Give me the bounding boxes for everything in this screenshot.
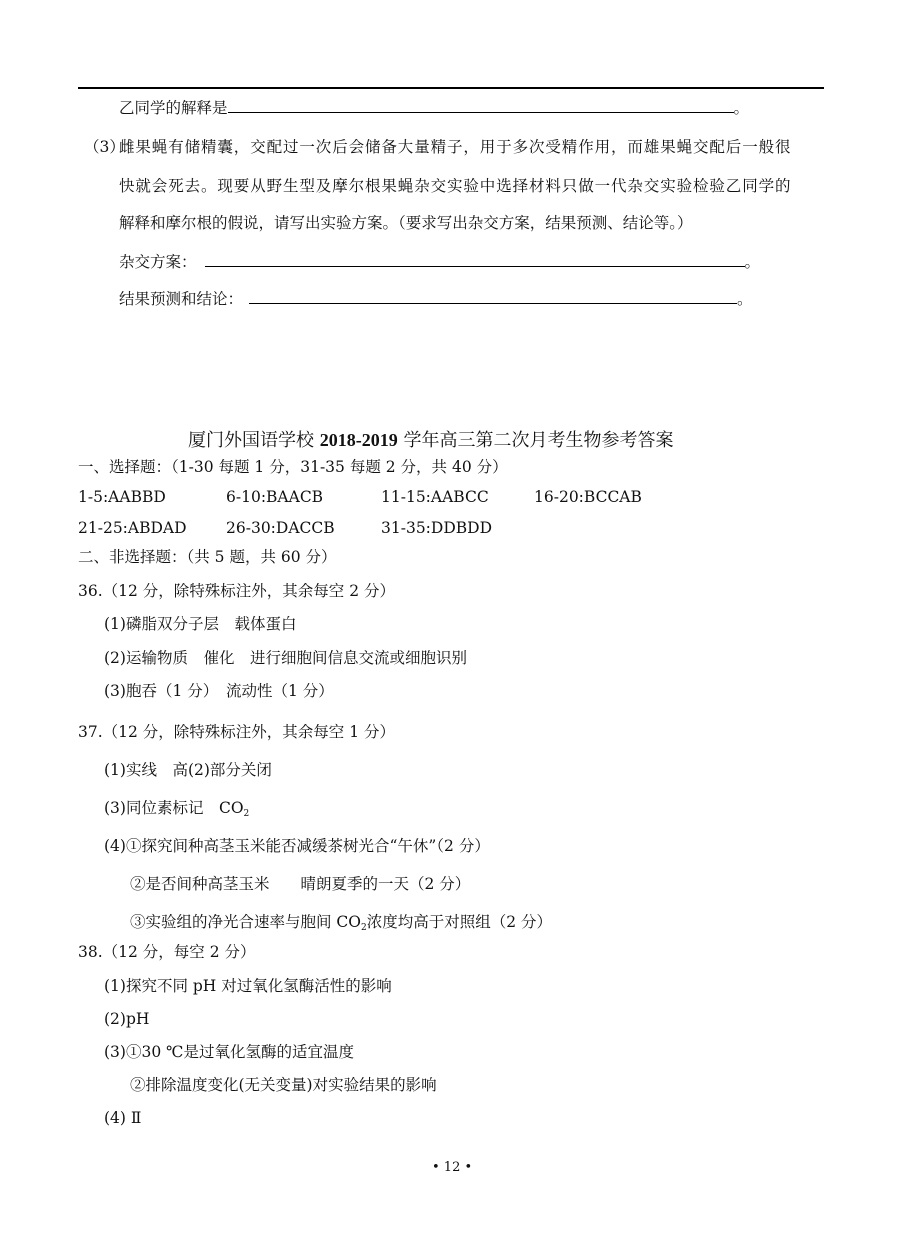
- q3-text-line3: 解释和摩尔根的假说，请写出实验方案。（要求写出杂交方案，结果预测、结论等。）: [119, 213, 693, 233]
- period: 。: [737, 290, 753, 308]
- period: 。: [734, 99, 750, 117]
- subscript: 2: [244, 809, 250, 819]
- q38-answer-3: (3)①30 ℃是过氧化氢酶的适宜温度: [104, 1042, 354, 1062]
- mc-answer-7: 31-35:DDBDD: [381, 518, 492, 538]
- q37-answer-2: (3)同位素标记 CO2: [104, 798, 249, 824]
- mc-answer-6: 26-30:DACCB: [226, 518, 335, 538]
- period: 。: [745, 253, 761, 271]
- mc-answer-3: 11-15:AABCC: [381, 487, 489, 507]
- q38-answer-1: (1)探究不同 pH 对过氧化氢酶活性的影响: [104, 976, 392, 996]
- mc-answer-4: 16-20:BCCAB: [534, 487, 642, 507]
- title-year: 2018-2019: [320, 430, 398, 450]
- q36-header: 36.（12 分，除特殊标注外，其余每空 2 分）: [78, 581, 395, 601]
- cross-plan-blank[interactable]: [205, 252, 745, 267]
- section1-heading: 一、选择题：（1-30 每题 1 分，31-35 每题 2 分，共 40 分）: [78, 457, 508, 477]
- cross-plan-line: 杂交方案：。: [119, 252, 760, 272]
- yi-explanation-blank[interactable]: [228, 98, 734, 113]
- mc-answer-5: 21-25:ABDAD: [78, 518, 187, 538]
- q37-answer-4: ②是否间种高茎玉米 晴朗夏季的一天（2 分）: [130, 874, 470, 894]
- q3-text-line1: 雌果蝇有储精囊，交配过一次后会储备大量精子，用于多次受精作用，而雄果蝇交配后一般…: [119, 137, 791, 157]
- cross-plan-label: 杂交方案：: [119, 253, 197, 271]
- q38-answer-2: (2)pH: [104, 1009, 149, 1029]
- result-line: 结果预测和结论：。: [119, 289, 753, 309]
- q36-answer-3: (3)胞吞（1 分） 流动性（1 分）: [104, 681, 334, 701]
- mc-answer-2: 6-10:BAACB: [226, 487, 323, 507]
- result-label: 结果预测和结论：: [119, 290, 243, 308]
- mc-answer-1: 1-5:AABBD: [78, 487, 166, 507]
- q37-answer-1: (1)实线 高(2)部分关闭: [104, 760, 272, 780]
- q37-answer-5-text: ③实验组的净光合速率与胞间 CO: [130, 913, 361, 931]
- answer-key-title: 厦门外国语学校 2018-2019 学年高三第二次月考生物参考答案: [188, 426, 673, 452]
- q37-answer-3: (4)①探究间种高茎玉米能否减缓茶树光合“午休”（2 分）: [104, 836, 490, 856]
- q38-answer-5: (4) Ⅱ: [104, 1108, 141, 1128]
- q36-answer-2: (2)运输物质 催化 进行细胞间信息交流或细胞识别: [104, 648, 467, 668]
- q37-answer-5-suffix: 浓度均高于对照组（2 分）: [367, 913, 552, 931]
- header-rule: [78, 87, 824, 89]
- page-number: • 12 •: [432, 1160, 472, 1175]
- q37-answer-2-text: (3)同位素标记 CO: [104, 799, 244, 817]
- q37-answer-5: ③实验组的净光合速率与胞间 CO2浓度均高于对照组（2 分）: [130, 912, 552, 938]
- q36-answer-1: (1)磷脂双分子层 载体蛋白: [104, 614, 296, 634]
- q38-header: 38.（12 分，每空 2 分）: [78, 942, 256, 962]
- title-prefix: 厦门外国语学校: [188, 430, 314, 451]
- yi-explanation-label: 乙同学的解释是: [119, 99, 228, 117]
- q38-answer-4: ②排除温度变化(无关变量)对实验结果的影响: [130, 1075, 437, 1095]
- result-blank[interactable]: [249, 289, 737, 304]
- q37-header: 37.（12 分，除特殊标注外，其余每空 1 分）: [78, 722, 395, 742]
- section2-heading: 二、非选择题：（共 5 题，共 60 分）: [78, 547, 337, 567]
- yi-explanation-line: 乙同学的解释是。: [119, 98, 749, 118]
- q3-text-line2: 快就会死去。现要从野生型及摩尔根果蝇杂交实验中选择材料只做一代杂交实验检验乙同学…: [119, 176, 791, 196]
- title-suffix: 学年高三第二次月考生物参考答案: [403, 430, 673, 451]
